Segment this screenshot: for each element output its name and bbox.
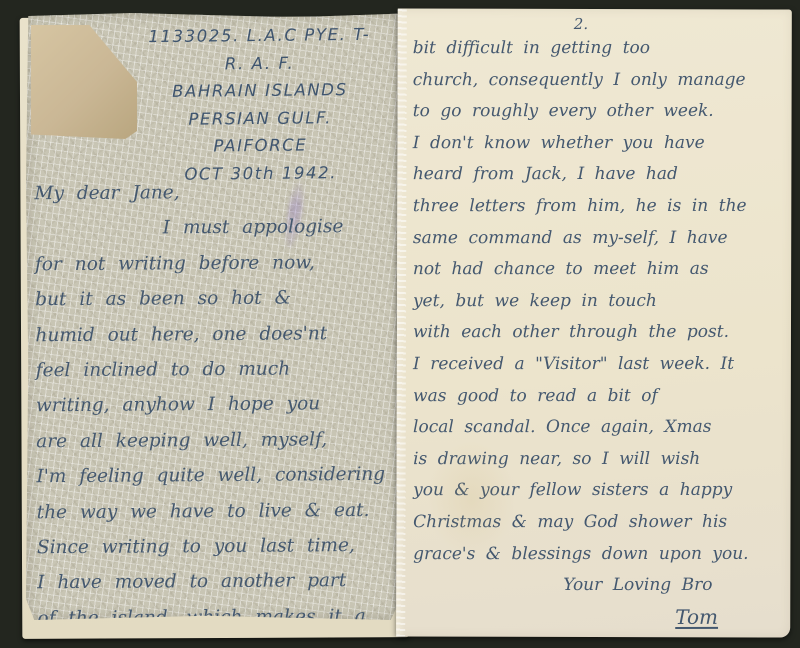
- letter-body-page-1: My dear Jane, I must appologise for not …: [34, 174, 399, 637]
- letter-line: feel inclined to do much: [36, 351, 398, 389]
- signature: Tom: [413, 602, 783, 634]
- letter-line: I'm feeling quite well, considering: [36, 457, 398, 495]
- letter-line: to go roughly every other week.: [413, 96, 783, 128]
- header-service-number: 1133025. L.A.C PYE. T-: [117, 21, 401, 51]
- letter-line: I don't know whether you have: [413, 128, 783, 160]
- letter-line: yet, but we keep in touch: [413, 286, 783, 318]
- letter-line: Since writing to you last time,: [37, 528, 399, 566]
- letter-line: are all keeping well, myself,: [36, 422, 398, 460]
- header-location: BAHRAIN ISLANDS: [118, 76, 402, 106]
- header-raf: R. A. F.: [117, 48, 401, 78]
- letter-line: writing, anyhow I hope you: [36, 386, 398, 424]
- letter-page-2: 2. bit difficult in getting too church, …: [396, 8, 792, 637]
- letter-line: the way we have to live & eat.: [37, 492, 399, 530]
- header-region: PERSIAN GULF.: [118, 103, 402, 133]
- closing: Your Loving Bro: [413, 570, 783, 602]
- letter-line: I have moved to another part: [37, 563, 399, 601]
- letter-line: I must appologise: [35, 209, 397, 247]
- letter-line: for not writing before now,: [35, 245, 397, 283]
- letter-line: but it as been so hot &: [35, 280, 397, 318]
- letter-header: 1133025. L.A.C PYE. T- R. A. F. BAHRAIN …: [117, 21, 403, 189]
- letter-line: humid out here, one does'nt: [35, 315, 397, 353]
- letter-page-1: 1133025. L.A.C PYE. T- R. A. F. BAHRAIN …: [26, 13, 402, 620]
- letter-line: local scandal. Once again, Xmas: [413, 412, 783, 444]
- letter-line: Christmas & may God shower his: [413, 507, 783, 539]
- letter-line: same command as my-self, I have: [413, 222, 783, 254]
- letter-line: is drawing near, so I will wish: [413, 444, 783, 476]
- letter-line: you & your fellow sisters a happy: [413, 475, 783, 507]
- letter-line: was good to read a bit of: [413, 380, 783, 412]
- letter-line: heard from Jack, I have had: [413, 159, 783, 191]
- salutation: My dear Jane,: [34, 174, 396, 212]
- letter-line: with each other through the post.: [413, 317, 783, 349]
- letter-line: grace's & blessings down upon you.: [413, 538, 783, 570]
- letter-body-page-2: bit difficult in getting too church, con…: [413, 33, 784, 634]
- page-number: 2.: [574, 15, 588, 33]
- letter-scan: 1133025. L.A.C PYE. T- R. A. F. BAHRAIN …: [0, 0, 800, 648]
- letter-line: three letters from him, he is in the: [413, 191, 783, 223]
- letter-line: not had chance to meet him as: [413, 254, 783, 286]
- header-force: PAIFORCE: [118, 131, 402, 161]
- letter-line: I received a "Visitor" last week. It: [413, 349, 783, 381]
- letter-line: bit difficult in getting too: [413, 33, 783, 65]
- letter-line: church, consequently I only manage: [413, 64, 783, 96]
